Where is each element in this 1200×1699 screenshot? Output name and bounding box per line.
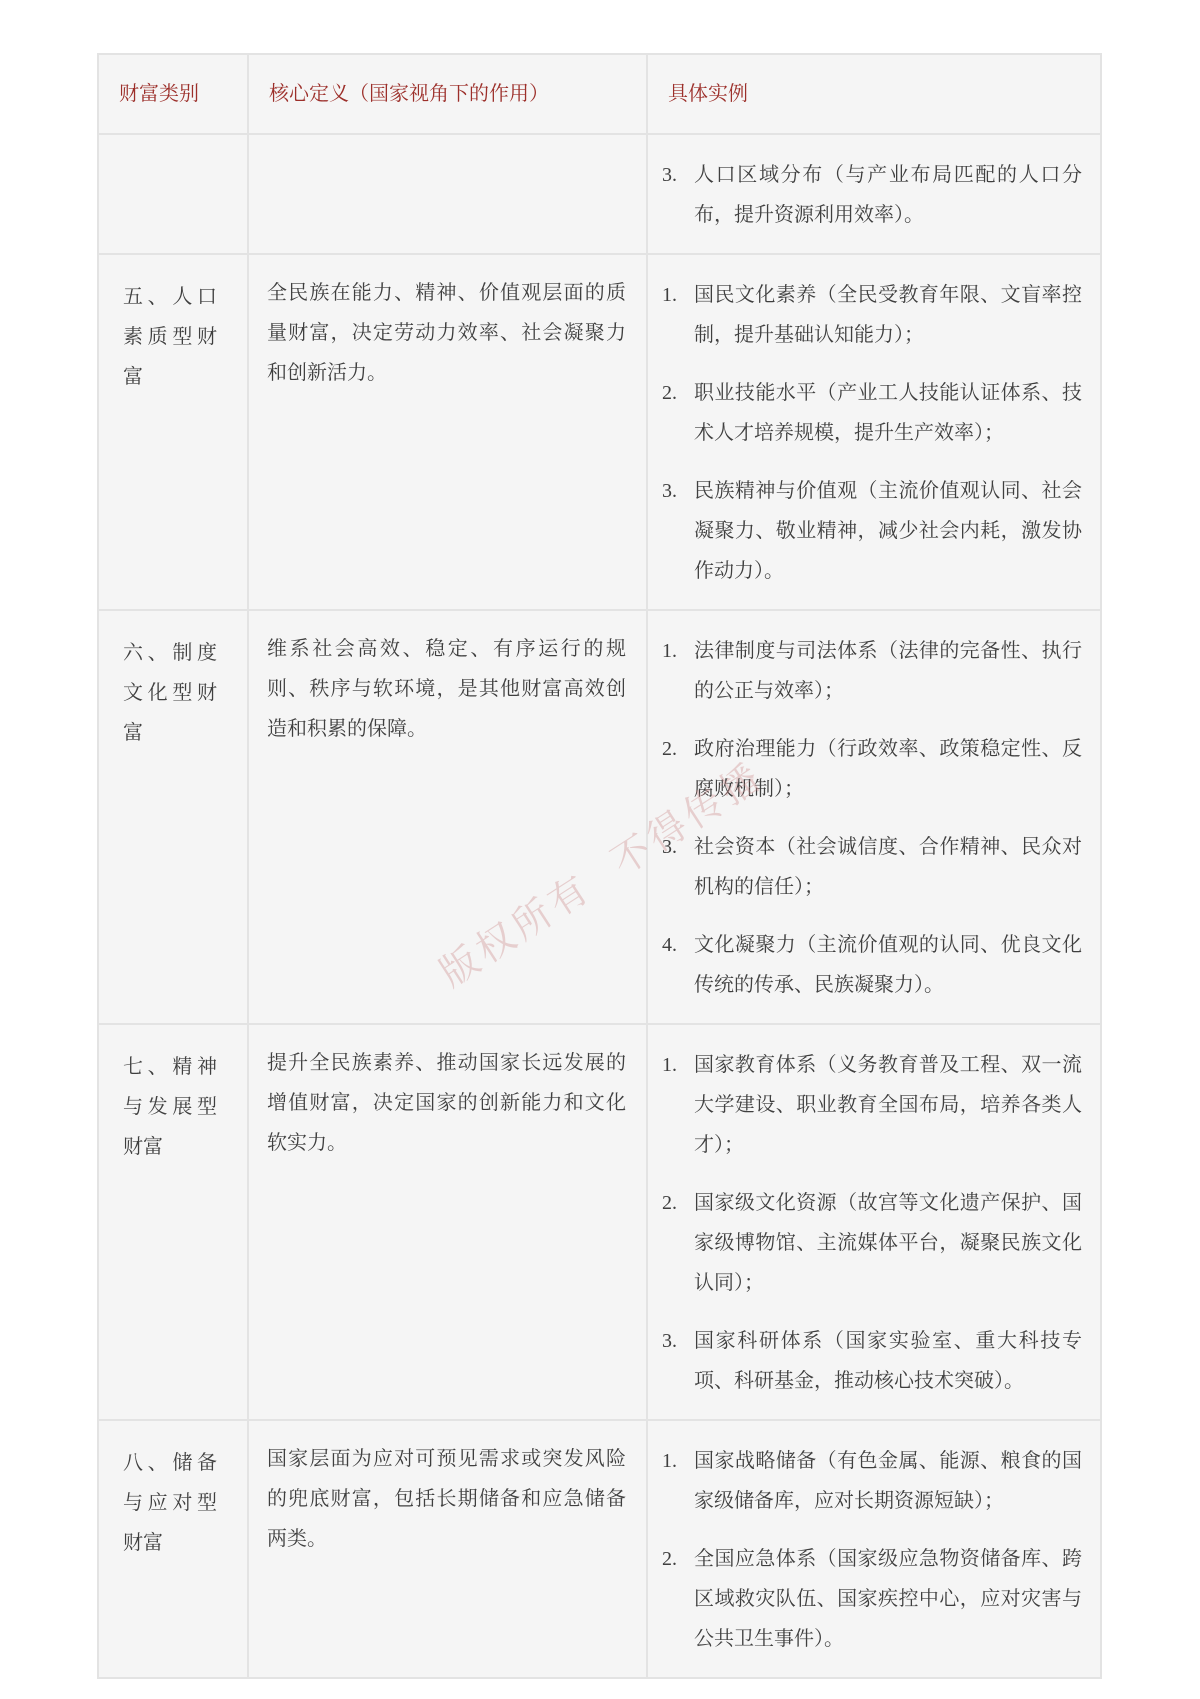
wealth-category-table: 财富类别 核心定义（国家视角下的作用） 具体实例 3. 人口区域分布（与产业布局… (97, 53, 1102, 1679)
example-item: 2. 职业技能水平（产业工人技能认证体系、技术人才培养规模，提升生产效率）； (662, 373, 1082, 453)
table-row: 八、储备与应对型财富 国家层面为应对可预见需求或突发风险的兜底财富，包括长期储备… (98, 1420, 1101, 1678)
example-text: 民族精神与价值观（主流价值观认同、社会凝聚力、敬业精神，减少社会内耗，激发协作动… (694, 471, 1082, 591)
column-header-examples: 具体实例 (647, 54, 1101, 134)
example-item: 3. 民族精神与价值观（主流价值观认同、社会凝聚力、敬业精神，减少社会内耗，激发… (662, 471, 1082, 591)
example-item: 4. 文化凝聚力（主流价值观的认同、优良文化传统的传承、民族凝聚力）。 (662, 925, 1082, 1005)
examples-cell: 1. 国民文化素养（全民受教育年限、文盲率控制，提升基础认知能力）； 2. 职业… (647, 254, 1101, 610)
example-item: 3. 国家科研体系（国家实验室、重大科技专项、科研基金，推动核心技术突破）。 (662, 1321, 1082, 1401)
example-item: 1. 国民文化素养（全民受教育年限、文盲率控制，提升基础认知能力）； (662, 275, 1082, 355)
example-text: 国民文化素养（全民受教育年限、文盲率控制，提升基础认知能力）； (694, 275, 1082, 355)
example-text: 法律制度与司法体系（法律的完备性、执行的公正与效率）； (694, 631, 1082, 711)
table-row: 五、人口素质型财富 全民族在能力、精神、价值观层面的质量财富，决定劳动力效率、社… (98, 254, 1101, 610)
table-row: 六、制度文化型财富 维系社会高效、稳定、有序运行的规则、秩序与软环境，是其他财富… (98, 610, 1101, 1024)
example-text: 国家战略储备（有色金属、能源、粮食的国家级储备库，应对长期资源短缺）； (694, 1441, 1082, 1521)
example-item: 3. 人口区域分布（与产业布局匹配的人口分布，提升资源利用效率）。 (662, 155, 1082, 235)
example-number: 1. (662, 631, 694, 711)
example-number: 2. (662, 373, 694, 453)
category-cell: 五、人口素质型财富 (98, 254, 248, 610)
table-row: 3. 人口区域分布（与产业布局匹配的人口分布，提升资源利用效率）。 (98, 134, 1101, 254)
examples-cell: 1. 国家战略储备（有色金属、能源、粮食的国家级储备库，应对长期资源短缺）； 2… (647, 1420, 1101, 1678)
example-text: 社会资本（社会诚信度、合作精神、民众对机构的信任）； (694, 827, 1082, 907)
example-item: 1. 国家教育体系（义务教育普及工程、双一流大学建设、职业教育全国布局，培养各类… (662, 1045, 1082, 1165)
example-number: 1. (662, 1441, 694, 1521)
examples-cell: 3. 人口区域分布（与产业布局匹配的人口分布，提升资源利用效率）。 (647, 134, 1101, 254)
document-page: 版权所有 不得传播 财富类别 核心定义（国家视角下的作用） 具体实例 3. 人口… (0, 0, 1200, 1699)
example-text: 政府治理能力（行政效率、政策稳定性、反腐败机制）； (694, 729, 1082, 809)
example-text: 人口区域分布（与产业布局匹配的人口分布，提升资源利用效率）。 (694, 155, 1082, 235)
example-number: 1. (662, 275, 694, 355)
example-item: 3. 社会资本（社会诚信度、合作精神、民众对机构的信任）； (662, 827, 1082, 907)
example-text: 职业技能水平（产业工人技能认证体系、技术人才培养规模，提升生产效率）； (694, 373, 1082, 453)
example-item: 2. 全国应急体系（国家级应急物资储备库、跨区域救灾队伍、国家疾控中心，应对灾害… (662, 1539, 1082, 1659)
definition-cell: 提升全民族素养、推动国家长远发展的增值财富，决定国家的创新能力和文化软实力。 (248, 1024, 647, 1420)
examples-cell: 1. 国家教育体系（义务教育普及工程、双一流大学建设、职业教育全国布局，培养各类… (647, 1024, 1101, 1420)
definition-cell (248, 134, 647, 254)
example-number: 2. (662, 1539, 694, 1659)
definition-cell: 全民族在能力、精神、价值观层面的质量财富，决定劳动力效率、社会凝聚力和创新活力。 (248, 254, 647, 610)
example-text: 文化凝聚力（主流价值观的认同、优良文化传统的传承、民族凝聚力）。 (694, 925, 1082, 1005)
category-cell (98, 134, 248, 254)
example-item: 2. 国家级文化资源（故宫等文化遗产保护、国家级博物馆、主流媒体平台，凝聚民族文… (662, 1183, 1082, 1303)
example-number: 3. (662, 155, 694, 235)
example-number: 3. (662, 471, 694, 591)
example-number: 3. (662, 1321, 694, 1401)
example-item: 2. 政府治理能力（行政效率、政策稳定性、反腐败机制）； (662, 729, 1082, 809)
example-number: 3. (662, 827, 694, 907)
example-number: 4. (662, 925, 694, 1005)
table-row: 七、精神与发展型财富 提升全民族素养、推动国家长远发展的增值财富，决定国家的创新… (98, 1024, 1101, 1420)
example-text: 国家教育体系（义务教育普及工程、双一流大学建设、职业教育全国布局，培养各类人才）… (694, 1045, 1082, 1165)
example-text: 全国应急体系（国家级应急物资储备库、跨区域救灾队伍、国家疾控中心，应对灾害与公共… (694, 1539, 1082, 1659)
example-text: 国家科研体系（国家实验室、重大科技专项、科研基金，推动核心技术突破）。 (694, 1321, 1082, 1401)
column-header-definition: 核心定义（国家视角下的作用） (248, 54, 647, 134)
example-text: 国家级文化资源（故宫等文化遗产保护、国家级博物馆、主流媒体平台，凝聚民族文化认同… (694, 1183, 1082, 1303)
example-number: 2. (662, 729, 694, 809)
column-header-category: 财富类别 (98, 54, 248, 134)
example-item: 1. 国家战略储备（有色金属、能源、粮食的国家级储备库，应对长期资源短缺）； (662, 1441, 1082, 1521)
definition-cell: 维系社会高效、稳定、有序运行的规则、秩序与软环境，是其他财富高效创造和积累的保障… (248, 610, 647, 1024)
example-number: 1. (662, 1045, 694, 1165)
examples-cell: 1. 法律制度与司法体系（法律的完备性、执行的公正与效率）； 2. 政府治理能力… (647, 610, 1101, 1024)
category-cell: 七、精神与发展型财富 (98, 1024, 248, 1420)
table-header-row: 财富类别 核心定义（国家视角下的作用） 具体实例 (98, 54, 1101, 134)
example-item: 1. 法律制度与司法体系（法律的完备性、执行的公正与效率）； (662, 631, 1082, 711)
category-cell: 六、制度文化型财富 (98, 610, 248, 1024)
example-number: 2. (662, 1183, 694, 1303)
definition-cell: 国家层面为应对可预见需求或突发风险的兜底财富，包括长期储备和应急储备两类。 (248, 1420, 647, 1678)
category-cell: 八、储备与应对型财富 (98, 1420, 248, 1678)
